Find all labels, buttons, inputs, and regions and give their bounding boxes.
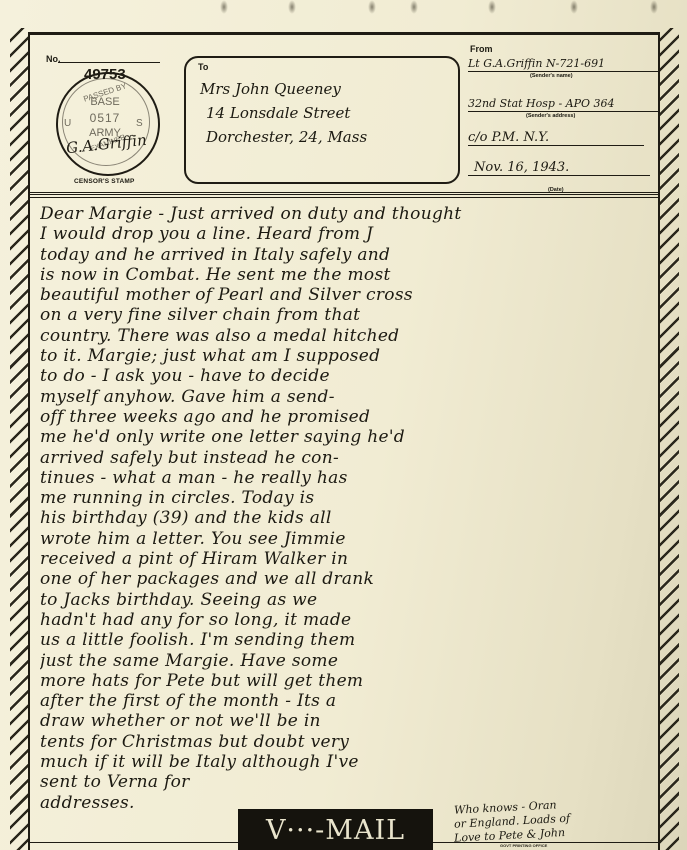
letter-line: just the same Margie. Have some [40,651,660,671]
letter-line: received a pint of Hiram Walker in [40,549,660,569]
header-divider [28,197,660,198]
right-hatched-border [659,28,679,850]
letter-line: on a very fine silver chain from that [40,305,660,325]
letter-line: to it. Margie; just what am I supposed [40,346,660,366]
letter-line: after the first of the month - Its a [40,691,660,711]
letter-line: today and he arrived in Italy safely and [40,245,660,265]
letter-line: is now in Combat. He sent me the most [40,265,660,285]
sender-postmaster: c/o P.M. N.Y. [468,130,644,146]
letter-line: to do - I ask you - have to decide [40,366,660,386]
letter-line: me he'd only write one letter saying he'… [40,427,660,447]
sender-name: Lt G.A.Griffin N-721-691 [468,56,658,72]
letter-line: I would drop you a line. Heard from J [40,224,660,244]
letter-line: more hats for Pete but will get them [40,671,660,691]
stamp-ring-left: U [64,118,71,129]
stamp-ring-right: S [136,118,143,129]
letter-line: myself anyhow. Gave him a send- [40,387,660,407]
left-hatched-border [10,28,30,850]
letter-line: wrote him a letter. You see Jimmie [40,529,660,549]
letter-date: Nov. 16, 1943. [468,160,650,176]
sender-address: 32nd Stat Hosp - APO 364 [468,96,658,112]
from-label: From [470,44,493,54]
stamp-line-number: 0517 [82,111,128,125]
letter-line: off three weeks ago and he promised [40,407,660,427]
letter-line: arrived safely but instead he con- [40,448,660,468]
letter-line: me running in circles. Today is [40,488,660,508]
censor-stamp-label: CENSOR'S STAMP [74,178,135,185]
letter-line: sent to Verna for [40,772,660,792]
date-caption: (Date) [548,187,564,193]
sender-name-caption: (Sender's name) [530,73,573,79]
recipient-name: Mrs John Queeney [200,80,341,98]
printer-imprint: GOVT PRINTING OFFICE [500,843,547,848]
letter-line: tinues - what a man - he really has [40,468,660,488]
to-label: To [198,62,208,72]
vmail-logo: V···-MAIL [238,809,433,850]
letter-line: country. There was also a medal hitched [40,326,660,346]
recipient-street: 14 Lonsdale Street [206,104,350,122]
sender-address-caption: (Sender's address) [526,113,575,119]
letter-body: Dear Margie - Just arrived on duty and t… [40,204,660,813]
letter-line: us a little foolish. I'm sending them [40,630,660,650]
stamp-number: 49753 [84,66,126,83]
letter-line: hadn't had any for so long, it made [40,610,660,630]
letter-line: draw whether or not we'll be in [40,711,660,731]
letter-line: tents for Christmas but doubt very [40,732,660,752]
letter-line: beautiful mother of Pearl and Silver cro… [40,285,660,305]
letter-line: one of her packages and we all drank [40,569,660,589]
vmail-letter-sheet: No. 49753 PASSED BY U S BASE 0517 ARMY E… [0,0,687,850]
postscript: Who knows - Oran or England. Loads of Lo… [454,798,674,840]
scan-edge-marks [0,0,687,22]
letter-line: much if it will be Italy although I've [40,752,660,772]
recipient-city: Dorchester, 24, Mass [206,128,367,146]
stamp-line-base: BASE [84,96,126,108]
letter-line: Dear Margie - Just arrived on duty and t… [40,204,660,224]
letter-line: to Jacks birthday. Seeing as we [40,590,660,610]
letter-line: his birthday (39) and the kids all [40,508,660,528]
number-field-line [58,62,160,63]
